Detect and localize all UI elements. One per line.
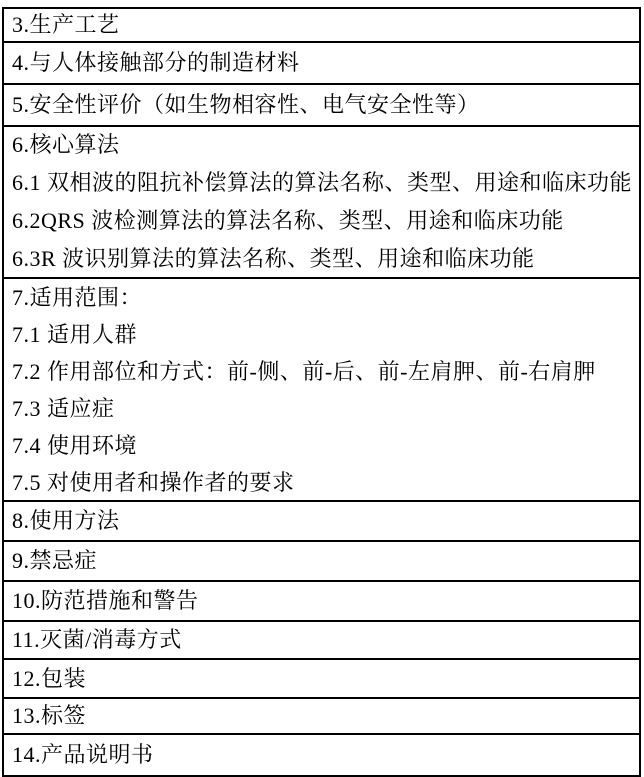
row-text: 7.4 使用环境 <box>12 427 635 464</box>
table-row-sterilization-disinfection: 11.灭菌/消毒方式 <box>4 622 639 660</box>
table-row-contraindications: 9.禁忌症 <box>4 542 639 582</box>
table-row-scope-of-application: 7.适用范围： 7.1 适用人群 7.2 作用部位和方式：前-侧、前-后、前-左… <box>4 279 639 502</box>
row-text: 6.3R 波识别算法的算法名称、类型、用途和临床功能 <box>12 240 635 278</box>
row-text: 6.2QRS 波检测算法的算法名称、类型、用途和临床功能 <box>12 202 635 240</box>
row-text: 7.2 作用部位和方式：前-侧、前-后、前-左肩胛、前-右肩胛 <box>12 353 635 390</box>
table-row-safety-evaluation: 5.安全性评价（如生物相容性、电气安全性等） <box>4 85 639 127</box>
row-text: 12.包装 <box>12 660 635 698</box>
table-row-contact-materials: 4.与人体接触部分的制造材料 <box>4 43 639 85</box>
table-row-label: 13.标签 <box>4 699 639 735</box>
row-text: 13.标签 <box>12 701 635 731</box>
document-page: 3.生产工艺 4.与人体接触部分的制造材料 5.安全性评价（如生物相容性、电气安… <box>0 0 644 777</box>
row-text: 7.适用范围： <box>12 279 635 316</box>
row-text: 7.3 适应症 <box>12 390 635 427</box>
row-text: 10.防范措施和警告 <box>12 582 635 620</box>
row-text: 6.1 双相波的阻抗补偿算法的算法名称、类型、用途和临床功能 <box>12 164 635 202</box>
table-row-packaging: 12.包装 <box>4 660 639 699</box>
row-text: 7.5 对使用者和操作者的要求 <box>12 464 635 501</box>
table-row-product-manual: 14.产品说明书 <box>4 735 639 775</box>
row-text: 4.与人体接触部分的制造材料 <box>12 44 635 82</box>
row-text: 5.安全性评价（如生物相容性、电气安全性等） <box>12 86 635 124</box>
table-row-usage-method: 8.使用方法 <box>4 502 639 542</box>
table-row-production-process: 3.生产工艺 <box>4 9 639 43</box>
row-text: 7.1 适用人群 <box>12 316 635 353</box>
row-text: 9.禁忌症 <box>12 542 635 580</box>
table-row-core-algorithms: 6.核心算法 6.1 双相波的阻抗补偿算法的算法名称、类型、用途和临床功能 6.… <box>4 127 639 279</box>
table-row-precautions-warnings: 10.防范措施和警告 <box>4 582 639 622</box>
row-text: 6.核心算法 <box>12 127 635 164</box>
row-text: 8.使用方法 <box>12 502 635 540</box>
document-table: 3.生产工艺 4.与人体接触部分的制造材料 5.安全性评价（如生物相容性、电气安… <box>2 7 641 777</box>
row-text: 11.灭菌/消毒方式 <box>12 622 635 659</box>
row-text: 3.生产工艺 <box>12 10 635 40</box>
row-text: 14.产品说明书 <box>12 736 635 774</box>
